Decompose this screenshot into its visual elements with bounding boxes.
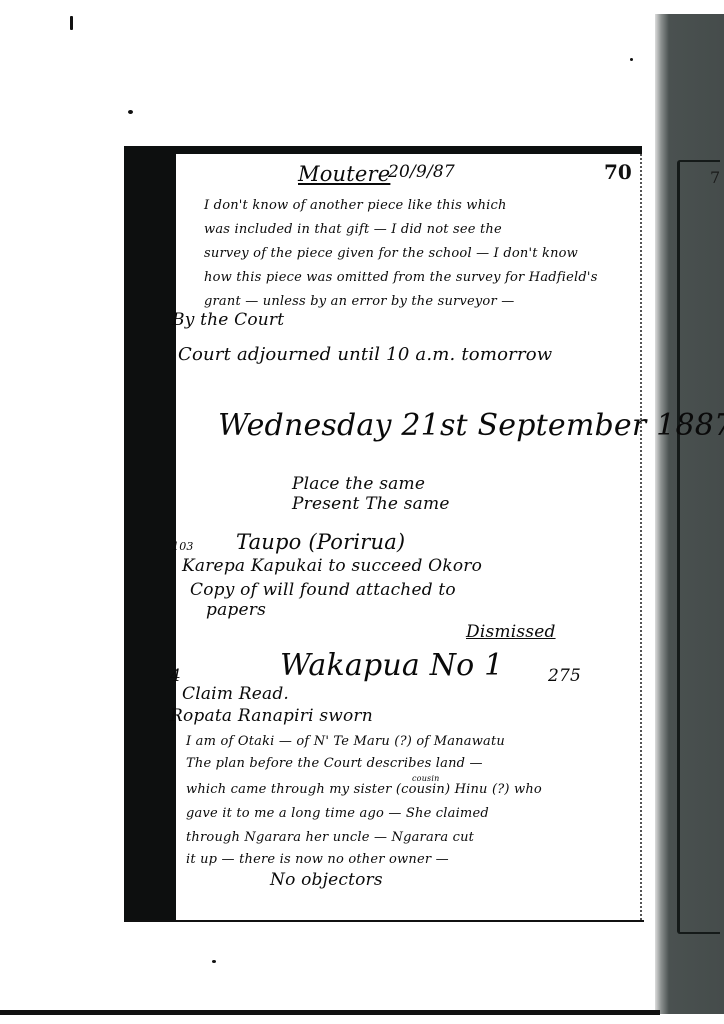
case-outcome: Dismissed: [466, 622, 556, 642]
witness-sworn: Ropata Ranapiri sworn: [170, 706, 373, 726]
page-header-date: 20/9/87: [388, 162, 455, 182]
testimony-line: survey of the piece given for the school…: [204, 246, 578, 261]
case-line: papers: [206, 600, 266, 620]
page-top-edge: [124, 146, 642, 154]
adjacent-page-number: 7: [710, 168, 720, 187]
case-outcome: No objectors: [270, 870, 383, 890]
testimony-line: gave it to me a long time ago — She clai…: [186, 806, 489, 821]
place-line: Place the same: [292, 474, 425, 494]
ledger-page: Moutere 20/9/87 70 I don't know of anoth…: [176, 154, 642, 920]
testimony-line: The plan before the Court describes land…: [186, 756, 483, 771]
page-binding-shadow: [124, 146, 178, 922]
case-area: 275: [548, 666, 581, 686]
by-the-court: By the Court: [172, 310, 284, 330]
case-number: 103: [172, 540, 194, 553]
testimony-line: grant — unless by an error by the survey…: [204, 294, 514, 309]
case-title: Taupo (Porirua): [236, 530, 405, 554]
case-line: Copy of will found attached to: [190, 580, 456, 600]
scan-speck: [128, 110, 133, 114]
testimony-line: through Ngarara her uncle — Ngarara cut: [186, 830, 474, 845]
date-heading: Wednesday 21st September 1887: [218, 408, 724, 443]
case-title: Wakapua No 1: [280, 648, 503, 683]
testimony-line: was included in that gift — I did not se…: [204, 222, 502, 237]
scan-speck: [630, 58, 633, 61]
testimony-line: I don't know of another piece like this …: [204, 198, 507, 213]
adjournment-note: Court adjourned until 10 a.m. tomorrow: [178, 344, 552, 365]
page-bottom-edge: [124, 920, 644, 922]
claim-read: Claim Read.: [182, 684, 289, 704]
present-line: Present The same: [292, 494, 450, 514]
page-header-title: Moutere: [298, 162, 390, 186]
case-number: 4: [170, 666, 181, 686]
page-number: 70: [604, 160, 632, 184]
testimony-line: which came through my sister (cousin) Hi…: [186, 782, 542, 797]
testimony-line: it up — there is now no other owner —: [186, 852, 449, 867]
testimony-line: I am of Otaki — of N' Te Maru (?) of Man…: [186, 734, 505, 749]
scan-speck: [70, 16, 73, 30]
scan-bottom-edge: [0, 1010, 660, 1015]
scan-speck: [212, 960, 216, 963]
testimony-line: how this piece was omitted from the surv…: [204, 270, 598, 285]
scanned-document: 7 Moutere 20/9/87 70 I don't know of ano…: [0, 0, 724, 1024]
adjacent-page-border: [677, 160, 720, 934]
case-line: Karepa Kapukai to succeed Okoro: [182, 556, 482, 576]
